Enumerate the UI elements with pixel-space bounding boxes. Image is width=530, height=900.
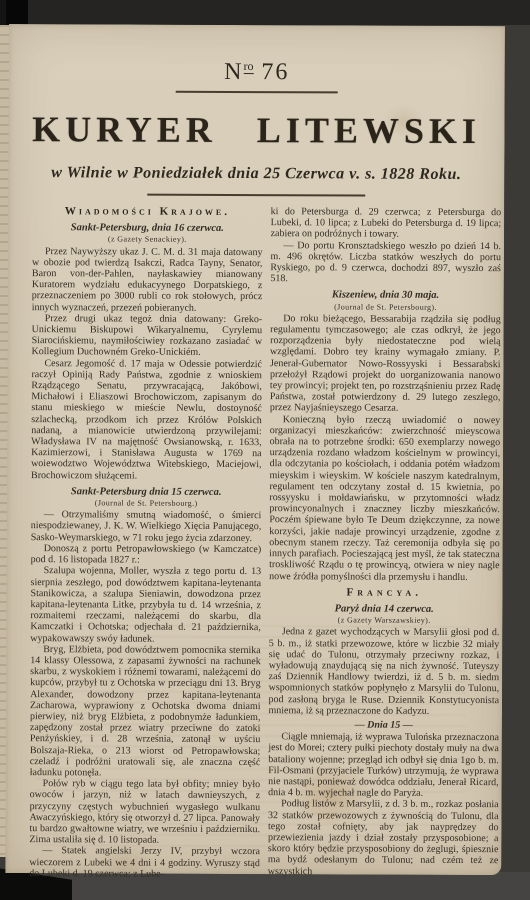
paragraph-subdate: — Dnia 15 — — [268, 719, 499, 731]
paragraph-body: Do roku bieżącego, Bessarabija rządziła … — [270, 313, 501, 415]
paragraph-body: Donoszą z portu Petropawłowskiego (w Kam… — [31, 543, 262, 566]
paragraph-body: Podług listów z Marsylii, z d. 3 b. m., … — [268, 798, 499, 877]
paragraph-section-heading: Wiadomości Krajowe. — [32, 206, 263, 218]
scan-top-band — [0, 0, 530, 25]
masthead: Nro 76 KURYER LITEWSKI w Wilnie w Ponied… — [8, 24, 505, 197]
paragraph-body: Cesarz Jegomość d. 17 maja w Odessie pot… — [31, 358, 262, 482]
article-columns: Wiadomości Krajowe.Sankt-Petersburg, dni… — [5, 195, 504, 881]
paragraph-body: — Otrzymaliśmy smutną wiadomość, o śmier… — [31, 509, 262, 544]
issue-prefix: N — [224, 59, 243, 85]
paragraph-body: Ciągle mniemają, iż wyprawa Tulońska prz… — [268, 731, 499, 799]
paragraph-source: (Journal de St. Petersbourg). — [270, 301, 501, 313]
paragraph-body: Konieczną było rzeczą uwiadomić o nowey … — [269, 414, 500, 583]
issue-number: Nro 76 — [9, 24, 505, 87]
paragraph-body: Bryg, Elżbieta, pod dowództwem pomocnika… — [30, 644, 261, 779]
paragraph-body: — Do portu Kronsztadskiego weszło po dzi… — [270, 240, 501, 286]
paragraph-country-heading: Francya. — [269, 587, 500, 599]
newspaper-page: Nro 76 KURYER LITEWSKI w Wilnie w Ponied… — [5, 24, 505, 875]
masthead-rule-top — [176, 91, 338, 94]
newspaper-title: KURYER LITEWSKI — [8, 108, 504, 152]
paragraph-body: Przez drugi ukaz tegoż dnia datowany: Gr… — [32, 313, 263, 359]
column-right: ki do Petersburga d. 29 czerwca; z Peter… — [268, 206, 501, 881]
paragraph-body: Jedna z gazet wychodzących w Marsylii gł… — [268, 626, 499, 717]
paragraph-body-cont: ki do Petersburga d. 29 czerwca; z Peter… — [271, 206, 502, 241]
column-left: Wiadomości Krajowe.Sankt-Petersburg, dni… — [29, 205, 262, 880]
paragraph-body: — Statek angielski Jerzy IV, przybył wcz… — [29, 845, 260, 880]
paragraph-source: (Journal de St. Petersbourg.) — [31, 497, 262, 509]
paragraph-source: (z Gazety Senackiey). — [32, 234, 263, 246]
paragraph-body: Przez Naywyższy ukaz J. C. M. d. 31 maja… — [32, 246, 263, 314]
paragraph-source: (z Gazety Warszawskiey). — [269, 614, 500, 626]
paragraph-body: Połów ryb w ciągu tego lata był obfity; … — [29, 778, 260, 846]
scan-top-black-block — [6, 0, 28, 25]
issue-value: 76 — [261, 59, 289, 85]
paragraph-body: Szalupa wojenna, Moller, wyszła z tego p… — [30, 565, 261, 644]
issue-superscript: ro — [243, 59, 253, 74]
publication-dateline: w Wilnie w Poniedziałek dnia 25 Czerwca … — [8, 164, 504, 184]
